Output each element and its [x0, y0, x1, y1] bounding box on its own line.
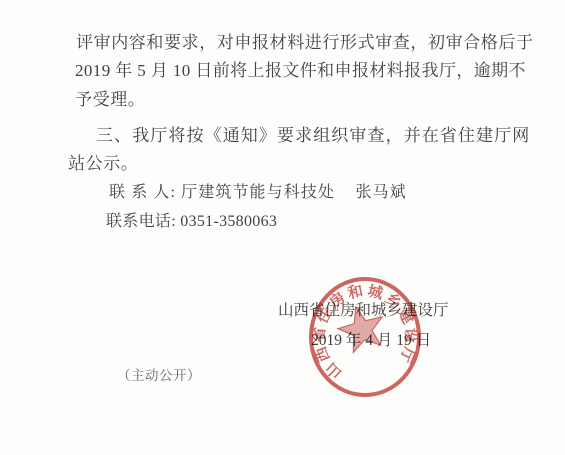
body-line-1: 评审内容和要求，对申报材料进行形式审查，初审合格后于: [76, 34, 534, 51]
seal-char: 和: [346, 282, 364, 303]
footer-disclosure-note: （主动公开）: [117, 369, 201, 383]
body-line-5: 站公示。: [68, 155, 138, 172]
seal-char: 山: [323, 359, 346, 382]
document-page: 评审内容和要求，对申报材料进行形式审查，初审合格后于 2019 年 5 月 10…: [0, 0, 565, 455]
body-line-3: 予受理。: [75, 91, 145, 108]
signature-org-name: 山西省住房和城乡建设厅: [278, 303, 449, 319]
body-line-2: 2019 年 5 月 10 日前将上报文件和申报材料报我厅，逾期不: [75, 62, 526, 79]
signature-date: 2019 年 4 月 19 日: [311, 333, 431, 349]
contact-phone-line: 联系电话: 0351-3580063: [106, 214, 277, 230]
contact-person-line: 联 系 人: 厅建筑节能与科技处 张马斌: [109, 185, 407, 201]
seal-char: 城: [366, 282, 386, 303]
body-line-4: 三、我厅将按《通知》要求组织审查，并在省住建厅网: [96, 127, 530, 144]
